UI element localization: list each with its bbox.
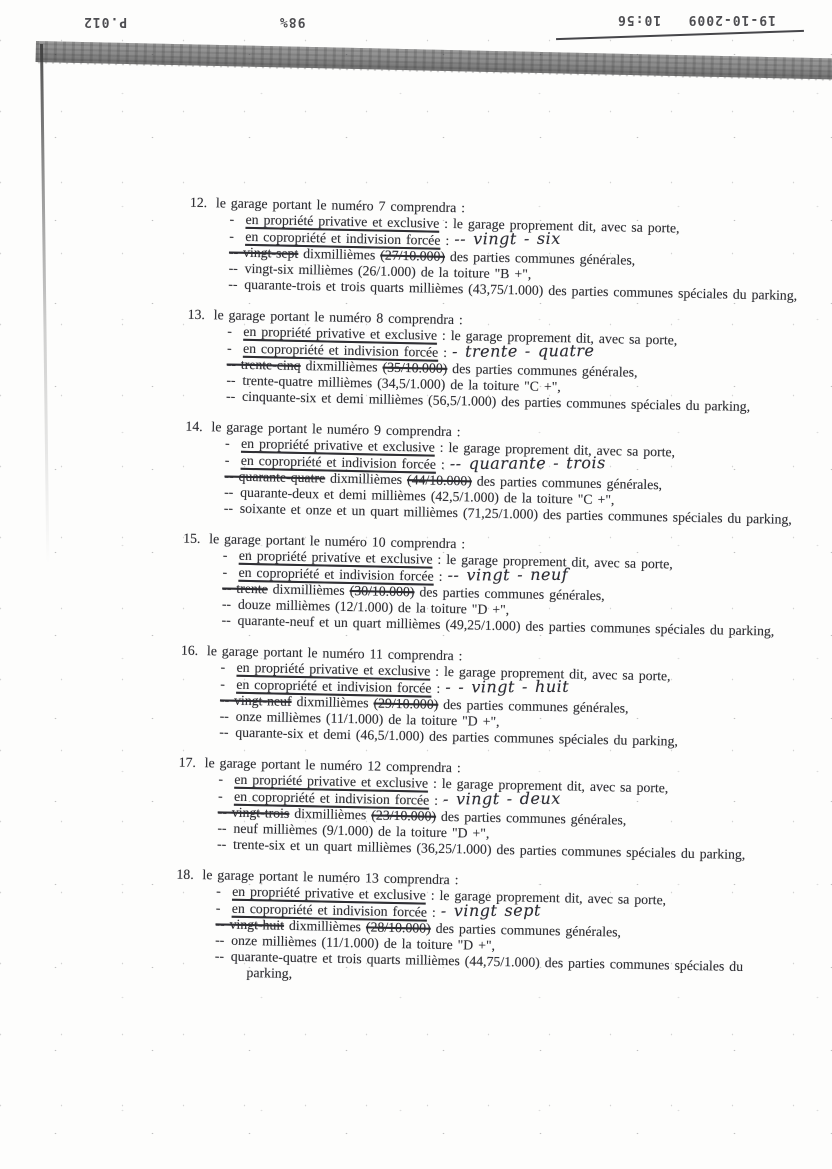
bullet-dash: -- xyxy=(224,484,240,500)
section-number: 13. xyxy=(188,307,214,324)
bullet-dash: - xyxy=(222,564,238,580)
copro-colon: : xyxy=(440,233,454,248)
struck-fraction: (23/10.000) xyxy=(371,807,436,823)
bullet-dash: - xyxy=(229,229,245,245)
handwritten-annotation: - trente - quatre xyxy=(452,343,595,360)
struck-fraction: (44/10.000) xyxy=(407,472,472,488)
bullet-dash: - xyxy=(216,883,232,899)
garage-section: 14.le garage portant le numéro 9 compren… xyxy=(184,419,798,528)
struck-fraction: (29/10.000) xyxy=(373,696,438,712)
garage-section: 16.le garage portant le numéro 11 compre… xyxy=(179,643,793,752)
garage-section: 12.le garage portant le numéro 7 compren… xyxy=(188,195,802,304)
garage-section: 17.le garage portant le numéro 12 compre… xyxy=(177,755,791,864)
section-number: 17. xyxy=(179,755,205,772)
struck-amount-words: -- quarante-quatre xyxy=(224,468,325,485)
struck-amount-words: -- trente-cinq xyxy=(227,356,301,372)
bullet-dash: -- xyxy=(228,261,244,277)
struck-fraction: (27/10.000) xyxy=(380,248,445,264)
bullet-dash: - xyxy=(218,788,234,804)
dixmilliemes-word: dixmillièmes xyxy=(298,246,380,263)
bullet-dash: -- xyxy=(219,724,235,740)
bullet-dash: - xyxy=(229,212,245,228)
bullet-dash: - xyxy=(225,452,241,468)
garage-section: 18.le garage portant le numéro 13 compre… xyxy=(174,867,788,992)
bullet-dash: - xyxy=(218,771,234,787)
fax-quality-percent: 98% xyxy=(279,14,305,29)
fax-underline-mark xyxy=(556,30,804,40)
dixmilliemes-word: dixmillièmes xyxy=(268,581,350,598)
handwritten-annotation: -- vingt - neuf xyxy=(447,567,568,584)
bullet-dash: -- xyxy=(224,500,240,516)
fax-datetime-text: 19-10-2009 10:56 xyxy=(617,12,776,27)
struck-amount-words: -- vingt-neuf xyxy=(220,692,292,708)
handwritten-annotation: -- quarante - trois xyxy=(450,455,606,472)
copro-colon: : xyxy=(434,569,448,584)
scan-streak-left xyxy=(40,44,49,564)
section-number: 12. xyxy=(190,195,216,212)
section-number: 16. xyxy=(181,643,207,660)
copro-colon: : xyxy=(436,457,450,472)
fax-datetime: 19-10-2009 10:56 xyxy=(617,12,776,27)
dixmilliemes-word: dixmillièmes xyxy=(284,918,366,935)
bullet-dash: -- xyxy=(217,836,233,852)
garage-section: 13.le garage portant le numéro 8 compren… xyxy=(186,307,800,416)
copro-colon: : xyxy=(429,793,443,808)
struck-amount-words: -- vingt-huit xyxy=(215,916,284,932)
copro-colon: : xyxy=(431,681,445,696)
bullet-dash: -- xyxy=(226,372,242,388)
dixmilliemes-word: dixmillièmes xyxy=(325,470,407,487)
struck-fraction: (35/10.000) xyxy=(382,360,447,376)
dixmilliemes-word: dixmillièmes xyxy=(289,806,371,823)
bullet-dash: - xyxy=(220,676,236,692)
bullet-dash: - xyxy=(227,323,243,339)
handwritten-annotation: - vingt - deux xyxy=(443,791,561,808)
bullet-dash: -- xyxy=(226,388,242,404)
scanned-fax-page: P.012 98% 19-10-2009 10:56 12.le garage … xyxy=(0,0,832,1169)
handwritten-annotation: -- vingt - six xyxy=(454,231,561,248)
dixmilliemes-word: dixmillièmes xyxy=(300,358,382,375)
fax-page-number-text: P.012 xyxy=(83,14,127,29)
bullet-dash: -- xyxy=(215,948,231,964)
handwritten-annotation: - - vingt - huit xyxy=(445,679,569,696)
bullet-dash: - xyxy=(223,547,239,563)
document-body: 12.le garage portant le numéro 7 compren… xyxy=(174,195,802,1007)
garage-section: 15.le garage portant le numéro 10 compre… xyxy=(181,531,795,640)
bullet-dash: -- xyxy=(215,932,231,948)
bullet-dash: -- xyxy=(221,612,237,628)
bullet-dash: - xyxy=(216,900,232,916)
dixmilliemes-word: dixmillièmes xyxy=(291,694,373,711)
bullet-dash: - xyxy=(220,659,236,675)
bullet-dash: -- xyxy=(217,820,233,836)
struck-fraction: (30/10.000) xyxy=(350,583,415,599)
struck-amount-words: -- vingt-sept xyxy=(229,245,299,261)
section-number: 15. xyxy=(183,531,209,548)
bullet-dash: - xyxy=(225,435,241,451)
scan-band-top xyxy=(36,41,832,79)
bullet-dash: -- xyxy=(228,277,244,293)
bullet-dash: - xyxy=(227,340,243,356)
struck-amount-words: -- vingt-trois xyxy=(218,804,290,820)
fax-quality-text: 98% xyxy=(279,14,305,29)
section-number: 18. xyxy=(176,867,202,884)
fax-page-number: P.012 xyxy=(83,14,127,29)
copro-colon: : xyxy=(427,905,441,920)
section-number: 14. xyxy=(185,419,211,436)
struck-fraction: (28/10.000) xyxy=(366,919,431,935)
struck-amount-words: -- trente xyxy=(222,580,268,596)
bullet-dash: -- xyxy=(222,596,238,612)
bullet-dash: -- xyxy=(219,708,235,724)
handwritten-annotation: - vingt sept xyxy=(441,903,541,920)
copro-colon: : xyxy=(438,345,452,360)
